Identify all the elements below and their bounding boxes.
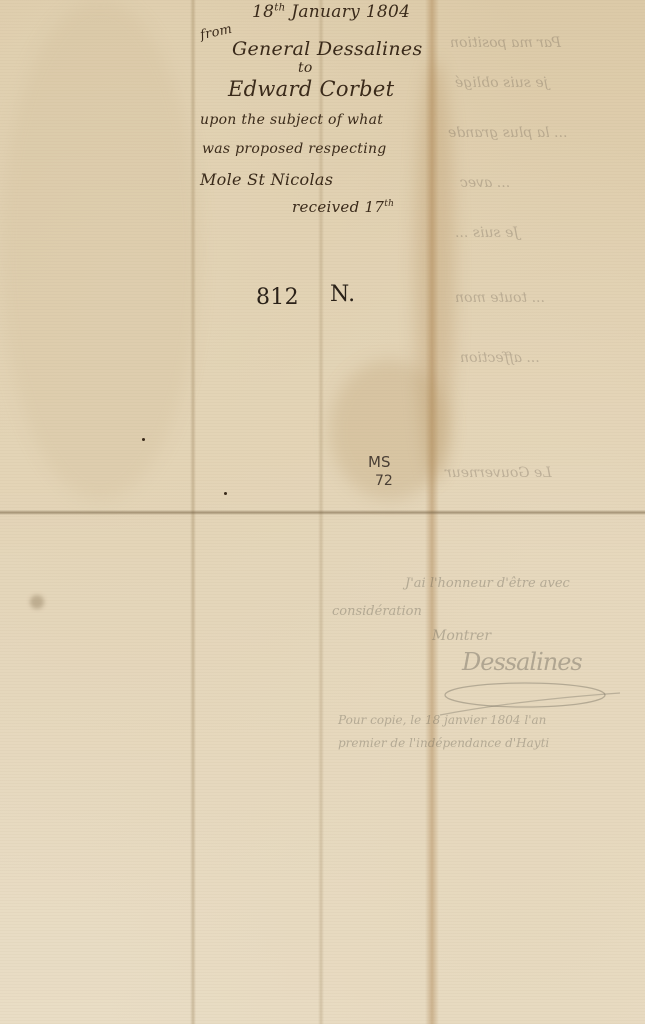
docket-date: 18th January 1804 [252, 2, 410, 22]
bleed-through-line: je suis obligé [455, 75, 548, 91]
docket-to-label: to [298, 60, 313, 76]
docket-subject-line-3: Mole St Nicolas [200, 170, 333, 189]
bleed-through-footer-line-2: premier de l'indépendance d'Hayti [338, 736, 549, 750]
bleed-through-line: Le Gouverneur [445, 465, 552, 481]
bleed-through-footer-line-1: Pour copie, le 18 janvier 1804 l'an [338, 713, 546, 727]
bleed-through-line: ... affection [460, 350, 540, 366]
bleed-through-signature: Dessalines [462, 648, 582, 676]
received-suffix: th [384, 199, 394, 209]
docket-from-label: from [199, 22, 234, 43]
manuscript-page: 18th January 1804 from General Dessaline… [0, 0, 645, 1024]
ink-speck [142, 438, 145, 441]
docket-recipient: Edward Corbet [228, 77, 394, 101]
stain [30, 595, 44, 609]
docket-sender: General Dessalines [232, 38, 423, 60]
ink-speck [224, 492, 227, 495]
stain [0, 0, 200, 500]
bleed-through-line: ... toute mon [455, 290, 545, 306]
docket-subject-line-2: was proposed respecting [202, 141, 387, 157]
bleed-through-closing-2: considération [332, 604, 422, 619]
bleed-through-line: Par ma position [450, 35, 561, 51]
bleed-through-title: Montrer [432, 628, 491, 644]
date-rest: January 1804 [291, 2, 410, 22]
docket-received: received 17th [292, 198, 394, 216]
pencil-mark-ms: MS [368, 453, 390, 471]
date-suffix: th [274, 2, 285, 13]
bleed-through-closing: J'ai l'honneur d'être avec [405, 576, 570, 591]
received-label: received 17 [292, 198, 384, 216]
catalog-mark: N. [330, 282, 355, 307]
date-day: 18 [252, 2, 274, 22]
catalog-number: 812 [256, 285, 299, 310]
bleed-through-line: Je suis ... [455, 225, 519, 241]
pencil-mark-number: 72 [375, 473, 393, 489]
bleed-through-line: ... avec [460, 175, 510, 191]
fold-line-horizontal [0, 510, 645, 515]
bleed-through-line: ... la plus grande [448, 125, 567, 141]
docket-subject-line-1: upon the subject of what [200, 112, 383, 128]
